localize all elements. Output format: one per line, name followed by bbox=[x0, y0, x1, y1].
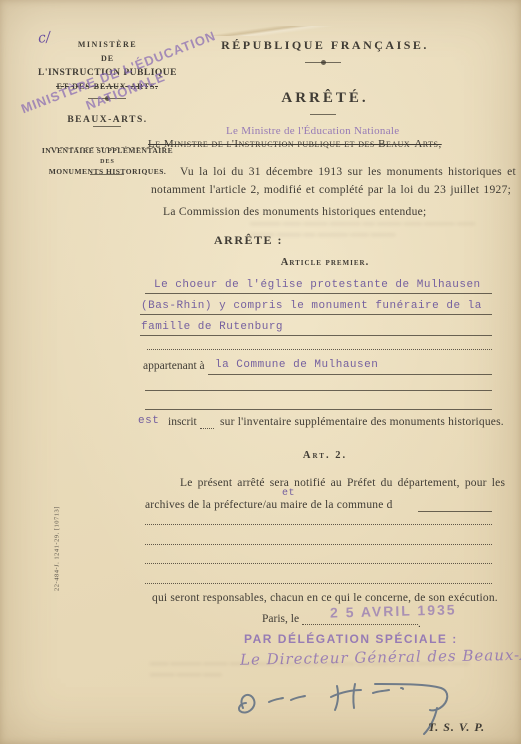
art2-line2: archives de la préfecture/au maire de la… bbox=[145, 499, 393, 511]
vu-loi-line2: notamment l'article 2, modifié et complé… bbox=[151, 184, 511, 196]
date-stamp: 2 5 AVRIL 1935 bbox=[330, 601, 457, 620]
inscrit-rest: sur l'inventaire supplémentaire des monu… bbox=[220, 416, 504, 428]
republique-heading: RÉPUBLIQUE FRANÇAISE. bbox=[200, 38, 450, 53]
delegation-speciale-stamp: PAR DÉLÉGATION SPÉCIALE : bbox=[244, 632, 458, 646]
date-fill-line bbox=[302, 624, 418, 625]
republique-separator bbox=[305, 62, 341, 63]
typed-est: est bbox=[138, 415, 159, 427]
commission-line: La Commission des monuments historiques … bbox=[163, 206, 427, 218]
blank-line-6 bbox=[145, 563, 492, 564]
inscrit-word: inscrit bbox=[168, 416, 197, 428]
typed-designation-line2: (Bas-Rhin) y compris le monument funérai… bbox=[141, 300, 482, 312]
article-premier-heading: Article premier. bbox=[230, 257, 420, 268]
inscrit-leader-dots bbox=[200, 428, 214, 429]
letterhead-separator-2 bbox=[93, 126, 121, 127]
blank-line-3 bbox=[145, 409, 492, 410]
blank-line-2 bbox=[145, 390, 492, 391]
blank-line-7 bbox=[145, 583, 492, 584]
document-page: c/ MINISTÈRE DE L'INSTRUCTION PUBLIQUE E… bbox=[0, 0, 521, 744]
art2-heading: Art. 2. bbox=[280, 450, 370, 461]
fill-line-2 bbox=[140, 314, 492, 315]
tsvp-label: T. S. V. P. bbox=[428, 720, 485, 735]
typed-designation-line3: famille de Rutenburg bbox=[141, 321, 283, 333]
arrete-verb: ARRÊTE : bbox=[214, 233, 283, 248]
typed-designation-line1: Le choeur de l'église protestante de Mul… bbox=[154, 279, 481, 291]
vu-loi-line1: Vu la loi du 31 décembre 1913 sur les mo… bbox=[180, 166, 516, 178]
blank-line-5 bbox=[145, 544, 492, 545]
arrete-separator bbox=[310, 114, 336, 115]
commune-fill-line bbox=[418, 511, 492, 512]
letterhead-separator-3 bbox=[90, 174, 124, 175]
arrete-title: ARRÊTÉ. bbox=[240, 90, 410, 107]
ministre-instruction-struck-line: Le Ministre de l'Instruction publique et… bbox=[148, 138, 442, 150]
fill-line-owner bbox=[208, 374, 492, 375]
letterhead-des: DES bbox=[30, 159, 185, 165]
print-reference: 22-484-J. 1241-29. [10713] bbox=[54, 484, 61, 614]
appartenant-label: appartenant à bbox=[143, 360, 205, 372]
bleed-through-1: ▂▂▂▂▂ ▂▂▂ ▂▂▂▂ ▂▂▂▂▂ ▂▂ ▂▂▂▂ ▂▂▂ ▂▂▂▂▂ ▂… bbox=[250, 215, 480, 255]
art2-line1: Le présent arrêté sera notifié au Préfet… bbox=[180, 477, 505, 489]
paper-crease bbox=[0, 26, 521, 36]
ministre-education-stamp: Le Ministre de l'Éducation Nationale bbox=[226, 125, 399, 137]
date-line-period: . bbox=[418, 618, 421, 630]
typed-owner: la Commune de Mulhausen bbox=[215, 359, 378, 371]
typed-et-insert: et bbox=[282, 488, 295, 499]
directeur-general-script-stamp: Le Directeur Général des Beaux-Arts bbox=[240, 645, 521, 669]
fill-line-3 bbox=[140, 335, 492, 336]
paris-le-label: Paris, le bbox=[262, 613, 299, 625]
blank-line-1 bbox=[147, 349, 492, 350]
blank-line-4 bbox=[145, 524, 492, 525]
fill-line-1 bbox=[145, 293, 492, 294]
